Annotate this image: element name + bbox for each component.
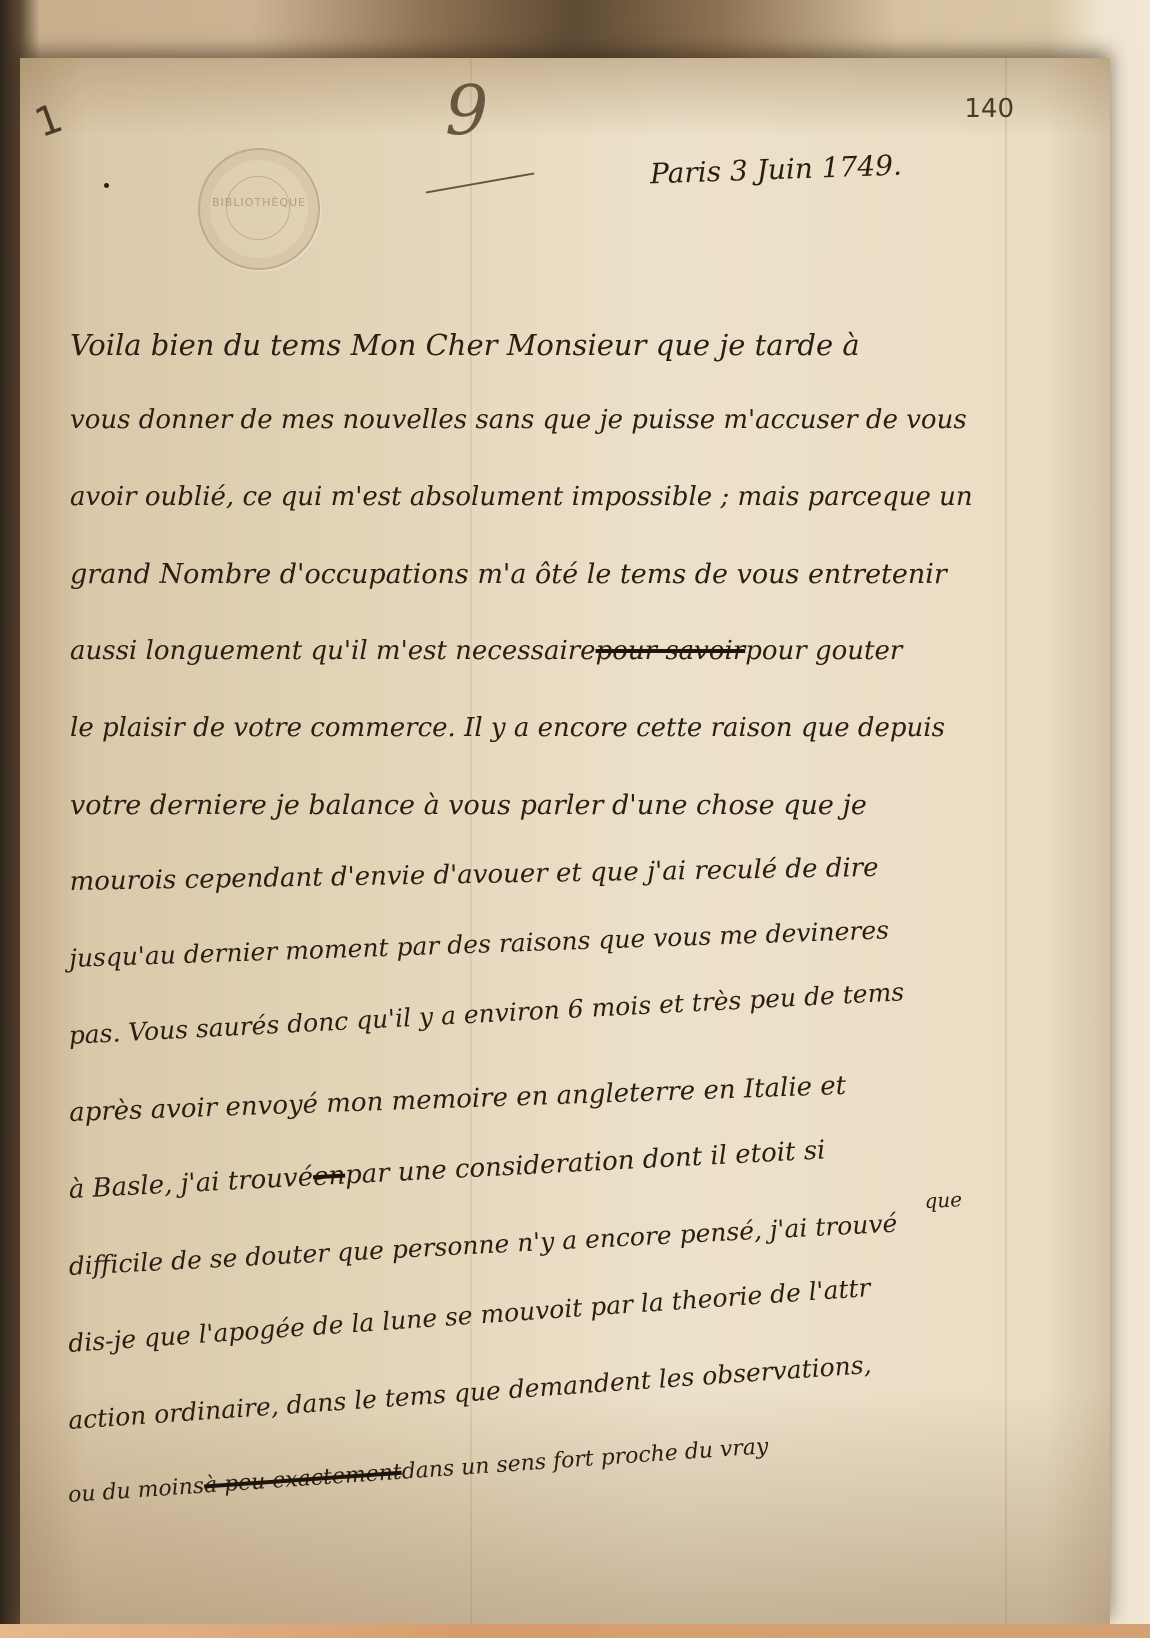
line-text: le plaisir de votre commerce. Il y a enc… [70, 713, 945, 743]
line-text: vous donner de mes nouvelles sans que je… [70, 405, 967, 435]
ink-dot [104, 183, 109, 188]
manuscript-page: 1 9 140 BIBLIOTHÈQUE Paris 3 Juin 1749. … [20, 58, 1110, 1624]
letter-line: Voila bien du tems Mon Cher Monsieur que… [70, 328, 1070, 405]
dateline: Paris 3 Juin 1749. [650, 149, 903, 191]
letter-line: vous donner de mes nouvelles sans que je… [70, 405, 1070, 482]
letter-body: Voila bien du tems Mon Cher Monsieur que… [70, 328, 1070, 1560]
folio-number: 140 [964, 94, 1014, 124]
archive-number-underline [426, 172, 535, 193]
archive-seal-stamp: BIBLIOTHÈQUE [198, 148, 320, 270]
line-text: aussi longuement qu'il m'est necessaire [70, 636, 596, 666]
interlinear-insertion: que [924, 1187, 963, 1213]
line-text: Voila bien du tems Mon Cher Monsieur que… [70, 328, 860, 362]
line-text: pour gouter [745, 636, 902, 666]
line-text: avoir oublié, ce qui m'est absolument im… [70, 482, 973, 512]
line-text: votre derniere je balance à vous parler … [70, 790, 867, 821]
letter-line: le plaisir de votre commerce. Il y a enc… [70, 713, 1070, 790]
struck-text: en [312, 1161, 346, 1193]
letter-line: aussi longuement qu'il m'est necessaire … [70, 636, 1070, 713]
letter-line: avoir oublié, ce qui m'est absolument im… [70, 482, 1070, 559]
corner-mark: 1 [29, 95, 69, 147]
seal-legend: BIBLIOTHÈQUE [200, 196, 318, 209]
archive-number: 9 [445, 72, 488, 151]
letter-line: grand Nombre d'occupations m'a ôté le te… [70, 559, 1070, 636]
struck-text: pour savoir [596, 636, 746, 666]
bottom-border-strip [0, 1624, 1150, 1638]
line-text: grand Nombre d'occupations m'a ôté le te… [70, 559, 947, 590]
